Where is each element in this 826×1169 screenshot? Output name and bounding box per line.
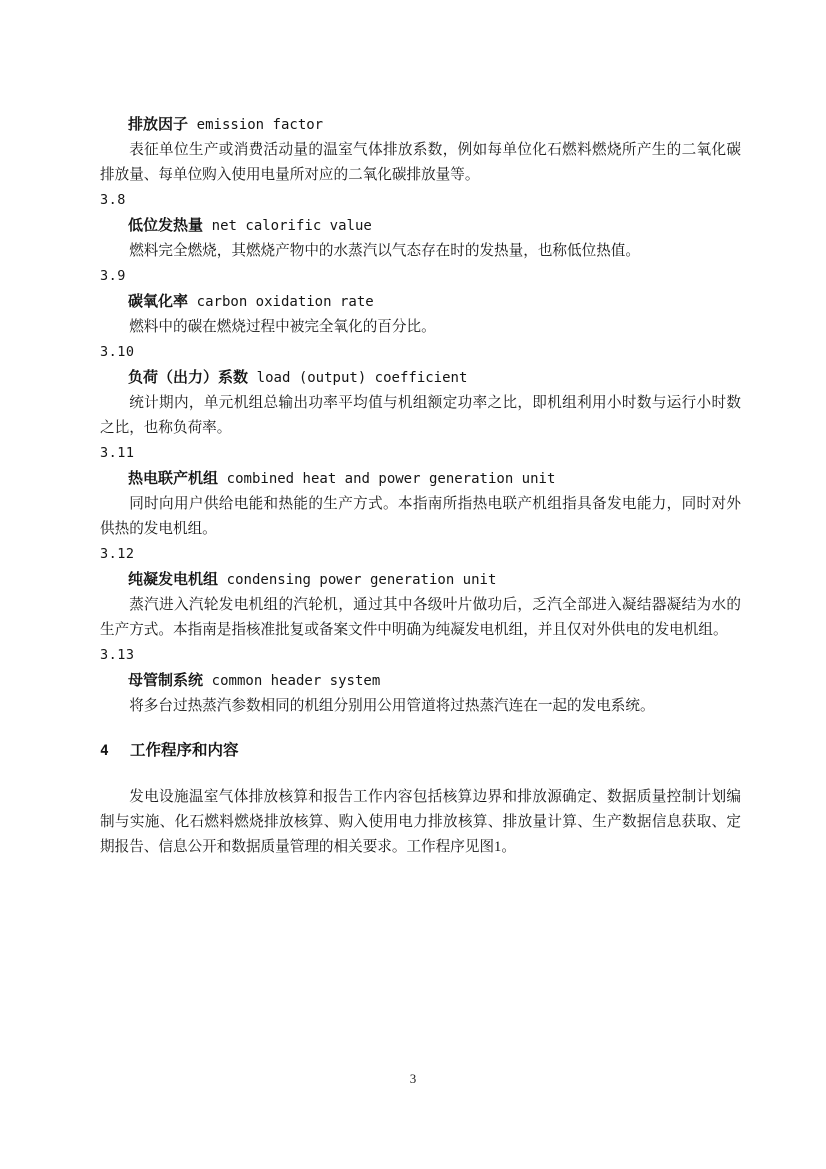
section-number: 3.10 xyxy=(100,340,741,365)
section-number: 3.9 xyxy=(100,264,741,289)
term-section: 3.10 负荷（出力）系数 load (output) coefficient … xyxy=(100,340,741,441)
term-definition: 燃料完全燃烧，其燃烧产物中的水蒸汽以气态存在时的发热量，也称低位热值。 xyxy=(100,239,741,264)
term-chinese: 母管制系统 xyxy=(128,672,203,689)
term-definition: 表征单位生产或消费活动量的温室气体排放系数，例如每单位化石燃料燃烧所产生的二氧化… xyxy=(100,138,741,188)
term-definition: 蒸汽进入汽轮发电机组的汽轮机，通过其中各级叶片做功后，乏汽全部进入凝结器凝结为水… xyxy=(100,593,741,643)
term-chinese: 负荷（出力）系数 xyxy=(128,369,248,386)
term-english: combined heat and power generation unit xyxy=(227,471,556,487)
chapter-number: 4 xyxy=(100,739,130,764)
term-section: 3.12 纯凝发电机组 condensing power generation … xyxy=(100,542,741,643)
term-section: 3.8 低位发热量 net calorific value 燃料完全燃烧，其燃烧… xyxy=(100,188,741,264)
content-column: 排放因子 emission factor 表征单位生产或消费活动量的温室气体排放… xyxy=(100,112,741,860)
term-definition: 燃料中的碳在燃烧过程中被完全氧化的百分比。 xyxy=(100,315,741,340)
term-english: load (output) coefficient xyxy=(257,370,468,386)
term-english: condensing power generation unit xyxy=(227,572,497,588)
term-heading: 排放因子 emission factor xyxy=(100,112,741,138)
term-heading: 碳氧化率 carbon oxidation rate xyxy=(100,289,741,315)
term-definition: 同时向用户供给电能和热能的生产方式。本指南所指热电联产机组指具备发电能力，同时对… xyxy=(100,492,741,542)
term-section: 3.11 热电联产机组 combined heat and power gene… xyxy=(100,441,741,542)
chapter-heading: 4工作程序和内容 xyxy=(100,738,741,764)
term-definition: 统计期内，单元机组总输出功率平均值与机组额定功率之比，即机组利用小时数与运行小时… xyxy=(100,391,741,441)
term-chinese: 排放因子 xyxy=(128,116,188,133)
term-chinese: 碳氧化率 xyxy=(128,293,188,310)
term-chinese: 热电联产机组 xyxy=(128,470,218,487)
chapter-paragraph: 发电设施温室气体排放核算和报告工作内容包括核算边界和排放源确定、数据质量控制计划… xyxy=(100,785,741,860)
term-english: carbon oxidation rate xyxy=(197,294,374,310)
term-heading: 纯凝发电机组 condensing power generation unit xyxy=(100,567,741,593)
term-english: net calorific value xyxy=(212,218,372,234)
term-english: emission factor xyxy=(197,117,323,133)
page-number: 3 xyxy=(0,1071,826,1087)
term-definition: 将多台过热蒸汽参数相同的机组分别用公用管道将过热蒸汽连在一起的发电系统。 xyxy=(100,694,741,719)
term-heading: 母管制系统 common header system xyxy=(100,668,741,694)
term-chinese: 纯凝发电机组 xyxy=(128,571,218,588)
term-english: common header system xyxy=(212,673,381,689)
section-number: 3.11 xyxy=(100,441,741,466)
term-section: 排放因子 emission factor 表征单位生产或消费活动量的温室气体排放… xyxy=(100,112,741,188)
section-number: 3.12 xyxy=(100,542,741,567)
term-heading: 低位发热量 net calorific value xyxy=(100,213,741,239)
term-section: 3.9 碳氧化率 carbon oxidation rate 燃料中的碳在燃烧过… xyxy=(100,264,741,340)
term-heading: 热电联产机组 combined heat and power generatio… xyxy=(100,466,741,492)
term-section: 3.13 母管制系统 common header system 将多台过热蒸汽参… xyxy=(100,643,741,719)
section-number: 3.8 xyxy=(100,188,741,213)
document-page: 排放因子 emission factor 表征单位生产或消费活动量的温室气体排放… xyxy=(0,0,826,1169)
section-number: 3.13 xyxy=(100,643,741,668)
term-heading: 负荷（出力）系数 load (output) coefficient xyxy=(100,365,741,391)
chapter-title: 工作程序和内容 xyxy=(130,742,239,759)
term-chinese: 低位发热量 xyxy=(128,217,203,234)
